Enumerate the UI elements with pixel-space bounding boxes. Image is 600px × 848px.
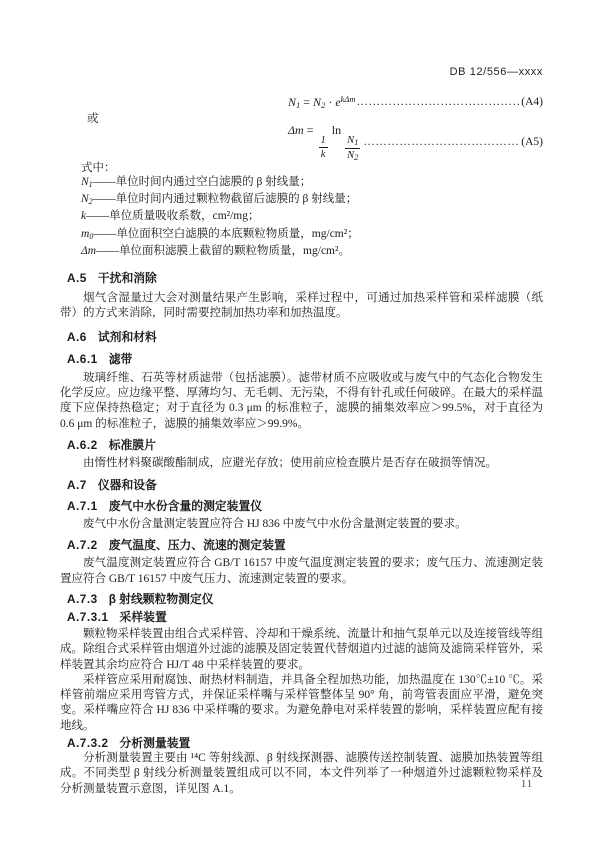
paragraph-a7-3-1-b: 采样管应采用耐腐蚀、耐热材料制造，并具备全程加热功能，加热温度在 130℃±10…	[60, 673, 543, 734]
paragraph-a6-1: 玻璃纤维、石英等材质滤带（包括滤膜）。滤带材质不应吸收或与废气中的气态化合物发生…	[60, 371, 543, 432]
exponent: kΔm	[341, 94, 356, 104]
heading-number: A.7.3	[67, 592, 98, 606]
fraction-n1-over-n2: N1N2	[345, 135, 360, 162]
fraction-denominator: k	[321, 149, 326, 160]
var-n2: N	[313, 95, 321, 109]
equals-sign: =	[300, 95, 313, 109]
var-n1-sub: 1	[354, 137, 358, 147]
document-page: DB 12/556—xxxx N1=N2·ekΔm ………………………………………	[0, 0, 600, 848]
paragraph-a7-3-1-a: 颗粒物采样装置由组合式采样管、冷却和干燥系统、流量计和抽气泵单元以及连接管线等组…	[60, 627, 543, 673]
heading-title: 采样装置	[120, 610, 167, 624]
paragraph-a5: 烟气含湿量过大会对测量结果产生影响，采样过程中，可通过加热采样管和采样滤膜（纸带…	[60, 291, 543, 322]
heading-number: A.7.3.2	[67, 736, 109, 750]
heading-title: 仪器和设备	[98, 478, 157, 492]
section-heading-a6: A.6试剂和材料	[67, 330, 543, 344]
section-heading-a7-3-2: A.7.3.2分析测量装置	[67, 736, 543, 750]
doc-code-header: DB 12/556—xxxx	[60, 66, 543, 78]
formula-a5-expression: Δm=1klnN1N2	[288, 123, 362, 162]
section-heading-a6-1: A.6.1滤带	[67, 352, 543, 366]
heading-number: A.6.2	[67, 438, 98, 452]
heading-title: β 射线颗粒物测定仪	[109, 592, 214, 606]
var-n2-sub: 2	[354, 152, 358, 162]
definition-text: 单位面积滤膜上截留的颗粒物质量，mg/cm²。	[119, 245, 350, 257]
paragraph-a7-2: 废气温度测定装置应符合 GB/T 16157 中废气温度测定装置的要求；废气压力…	[60, 556, 543, 587]
heading-number: A.7.2	[67, 538, 98, 552]
dot-leader: ………………………………………………………………………………	[363, 136, 520, 148]
heading-title: 滤带	[109, 352, 133, 366]
definition-text: 单位时间内通过颗粒物截留后滤膜的 β 射线量；	[116, 193, 358, 205]
equals-sign: =	[304, 123, 317, 137]
definition-text: 单位面积空白滤膜的本底颗粒物质量，mg/cm²；	[116, 228, 358, 240]
heading-number: A.7.1	[67, 499, 98, 513]
fraction-1-over-k: 1k	[319, 135, 328, 160]
definition-item: Δm——单位面积滤膜上截留的颗粒物质量，mg/cm²。	[81, 244, 543, 261]
definition-item: k——单位质量吸收系数，cm²/mg；	[81, 209, 543, 226]
definition-text: 单位质量吸收系数，cm²/mg；	[109, 210, 259, 222]
section-heading-a7-1: A.7.1废气中水份含量的测定装置仪	[67, 499, 543, 513]
fraction-numerator: 1	[319, 135, 328, 148]
ln-operator: ln	[330, 123, 343, 137]
multiply-dot: ·	[325, 95, 335, 109]
section-heading-a7-2: A.7.2废气温度、压力、流速的测定装置	[67, 538, 543, 552]
paragraph-a7-1: 废气中水份含量测定装置应符合 HJ 836 中废气中水份含量测定装置的要求。	[60, 517, 543, 532]
var-delta-m: Δm	[288, 123, 304, 137]
symbol-definitions: N1——单位时间内通过空白滤膜的 β 射线量； N2——单位时间内通过颗粒物截留…	[81, 175, 543, 261]
section-heading-a7-3: A.7.3β 射线颗粒物测定仪	[67, 592, 543, 606]
heading-title: 干扰和消除	[98, 271, 157, 285]
dash: ——	[93, 176, 116, 188]
heading-number: A.6	[67, 330, 87, 344]
symbol: N	[81, 176, 89, 188]
heading-number: A.5	[67, 271, 87, 285]
definition-item: N1——单位时间内通过空白滤膜的 β 射线量；	[81, 175, 543, 192]
section-heading-a7-3-1: A.7.3.1采样装置	[67, 610, 543, 624]
heading-title: 废气温度、压力、流速的测定装置	[109, 538, 286, 552]
section-heading-a7: A.7仪器和设备	[67, 478, 543, 492]
var-n1: N	[288, 95, 296, 109]
heading-number: A.7.3.1	[67, 610, 109, 624]
section-heading-a5: A.5干扰和消除	[67, 271, 543, 285]
paragraph-a7-3-2: 分析测量装置主要由 ¹⁴C 等射线源、β 射线探测器、滤膜传送控制装置、滤膜加热…	[60, 751, 543, 797]
symbol: Δm	[81, 245, 96, 257]
heading-title: 标准膜片	[109, 438, 156, 452]
symbol: N	[81, 193, 89, 205]
heading-number: A.6.1	[67, 352, 98, 366]
definition-item: N2——单位时间内通过颗粒物截留后滤膜的 β 射线量；	[81, 192, 543, 209]
formula-a4-expression: N1=N2·ekΔm	[288, 94, 356, 110]
formula-a5: Δm=1klnN1N2 ……………………………………………………………………………	[60, 127, 543, 157]
dash: ——	[86, 210, 109, 222]
paragraph-a6-2: 由惰性材料聚碳酸酯制成，应避光存放；使用前应检查膜片是否存在破损等情况。	[60, 456, 543, 471]
formula-a4-label: (A4)	[521, 96, 543, 108]
where-label: 式中：	[81, 161, 543, 175]
heading-number: A.7	[67, 478, 87, 492]
section-heading-a6-2: A.6.2标准膜片	[67, 438, 543, 452]
dash: ——	[93, 228, 116, 240]
dot-leader: ………………………………………………………………………………	[357, 96, 521, 108]
dash: ——	[93, 193, 116, 205]
dash: ——	[96, 245, 119, 257]
formula-a4: N1=N2·ekΔm ………………………………………………………………………………	[60, 94, 543, 110]
heading-title: 试剂和材料	[98, 330, 157, 344]
page-number: 11	[521, 779, 533, 790]
heading-title: 废气中水份含量的测定装置仪	[109, 499, 262, 513]
formula-a5-label: (A5)	[521, 136, 543, 148]
definition-text: 单位时间内通过空白滤膜的 β 射线量；	[116, 176, 312, 188]
heading-title: 分析测量装置	[120, 736, 191, 750]
definition-item: m0——单位面积空白滤膜的本底颗粒物质量，mg/cm²；	[81, 227, 543, 244]
